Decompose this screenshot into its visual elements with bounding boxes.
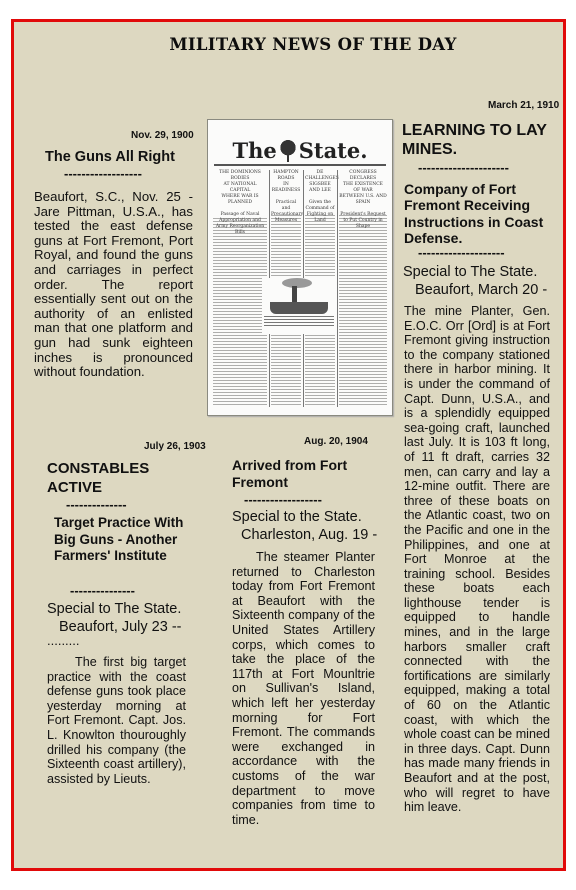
article-headline: CONSTABLES ACTIVE [47,459,187,497]
palmetto-tree-icon [279,140,297,162]
article-divider: -------------- [66,497,127,512]
article-divider: ------------------ [64,166,142,181]
article-dateline: Special to the State. [232,508,362,526]
article-body: Beaufort, S.C., Nov. 25 - Jare Pittman, … [34,190,193,380]
article-body: The steamer Planter returned to Charlest… [232,550,375,827]
article-divider: ------------------ [244,492,322,507]
article-dateline: Beaufort, March 20 - [415,281,547,299]
article-body: The mine Planter, Gen. E.O.C. Orr [Ord] … [404,304,550,815]
article-divider: -------------------- [418,245,505,260]
article-date: March 21, 1910 [488,100,559,111]
article-dateline: Special to The State. [403,263,537,281]
steamship-illustration [262,278,336,334]
article-dateline: Charleston, Aug. 19 - [241,526,377,544]
article-date: Nov. 29, 1900 [131,130,194,141]
newspaper-front-page-image: TheState. THE DOMINIONS BODIESAT NATIONA… [207,119,393,416]
article-subheadline: Company of Fort Fremont Receiving Instru… [404,181,564,246]
article-headline: The Guns All Right [45,149,175,166]
article-divider: --------------------- [418,160,509,175]
article-subheadline: Target Practice With Big Guns - Another … [54,515,204,565]
page-title: MILITARY NEWS OF THE DAY [0,35,576,54]
article-headline: LEARNING TO LAY MINES. [402,121,562,159]
article-dateline: Special to The State. [47,600,181,618]
article-date: Aug. 20, 1904 [304,436,368,447]
article-ellipsis: ......... [47,632,80,650]
article-headline: Arrived from Fort Fremont [232,457,382,491]
article-divider: --------------- [70,583,135,598]
article-date: July 26, 1903 [144,441,206,452]
newspaper-masthead: TheState. [208,138,392,163]
article-body: The first big target practice with the c… [47,655,186,786]
